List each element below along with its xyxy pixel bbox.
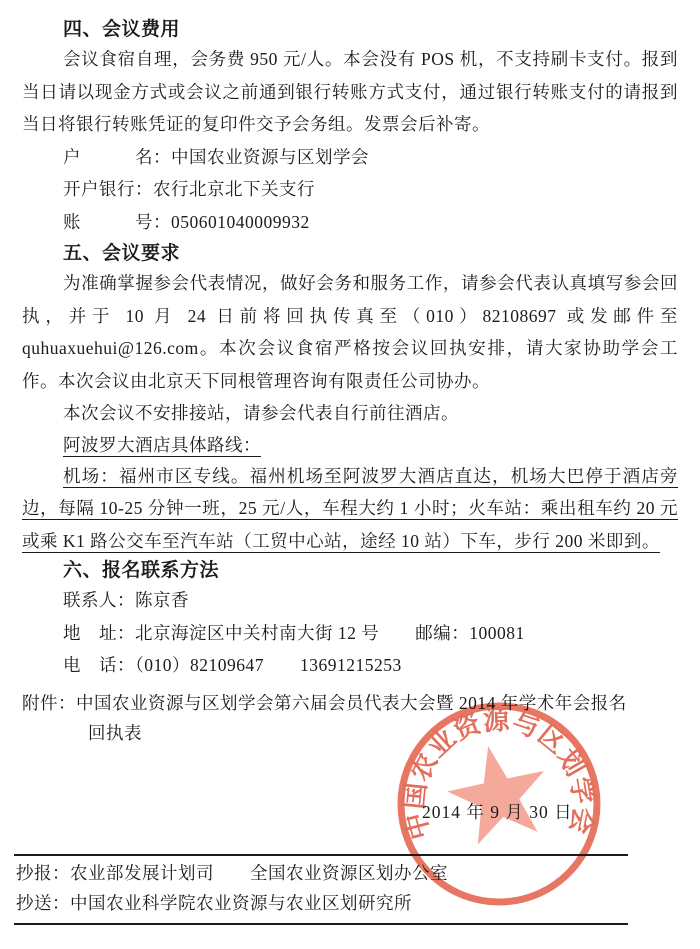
section-6-heading: 六、报名联系方法 <box>63 557 678 584</box>
hotel-route-paragraph: 机场：福州市区专线。福州机场至阿波罗大酒店直达，机场大巴停于酒店旁边，每隔 10… <box>22 460 678 558</box>
address-postcode-row: 地 址：北京海淀区中关村南大街 12 号 邮编：100081 <box>63 617 678 650</box>
footer-copy-report-line: 抄报：农业部发展计划司 全国农业资源区划办公室 <box>16 858 628 888</box>
section-4-heading: 四、会议费用 <box>63 16 678 43</box>
requirements-paragraph: 为准确掌握参会代表情况，做好会务和服务工作，请参会代表认真填写参会回执，并于 1… <box>22 267 678 397</box>
document-page: 四、会议费用 会议食宿自理，会务费 950 元/人。本会没有 POS 机，不支持… <box>0 0 700 949</box>
section-5-heading: 五、会议要求 <box>63 240 678 267</box>
phone-row: 电 话：（010）82109647 13691215253 <box>63 649 678 682</box>
bank-branch-row: 开户银行：农行北京北下关支行 <box>63 173 678 206</box>
fee-paragraph: 会议食宿自理，会务费 950 元/人。本会没有 POS 机，不支持刷卡支付。报到… <box>22 43 678 141</box>
signature-date: 2014 年 9 月 30 日 <box>422 796 573 829</box>
contact-block: 联系人：陈京香 地 址：北京海淀区中关村南大街 12 号 邮编：100081 电… <box>63 584 678 682</box>
footer-copy-send-line: 抄送：中国农业科学院农业资源与农业区划研究所 <box>16 888 628 918</box>
hotel-route-title: 阿波罗大酒店具体路线： <box>63 430 678 460</box>
attachment-line2: 回执表 <box>88 723 142 743</box>
account-name-row: 户 名：中国农业资源与区划学会 <box>63 141 678 174</box>
footer-block: 抄报：农业部发展计划司 全国农业资源区划办公室 抄送：中国农业科学院农业资源与农… <box>14 854 628 925</box>
bank-account-block: 户 名：中国农业资源与区划学会 开户银行：农行北京北下关支行 账 号：05060… <box>63 141 678 239</box>
contact-person-row: 联系人：陈京香 <box>63 584 678 617</box>
account-number-row: 账 号：050601040009932 <box>63 206 678 239</box>
no-pickup-paragraph: 本次会议不安排接站，请参会代表自行前往酒店。 <box>22 397 678 430</box>
